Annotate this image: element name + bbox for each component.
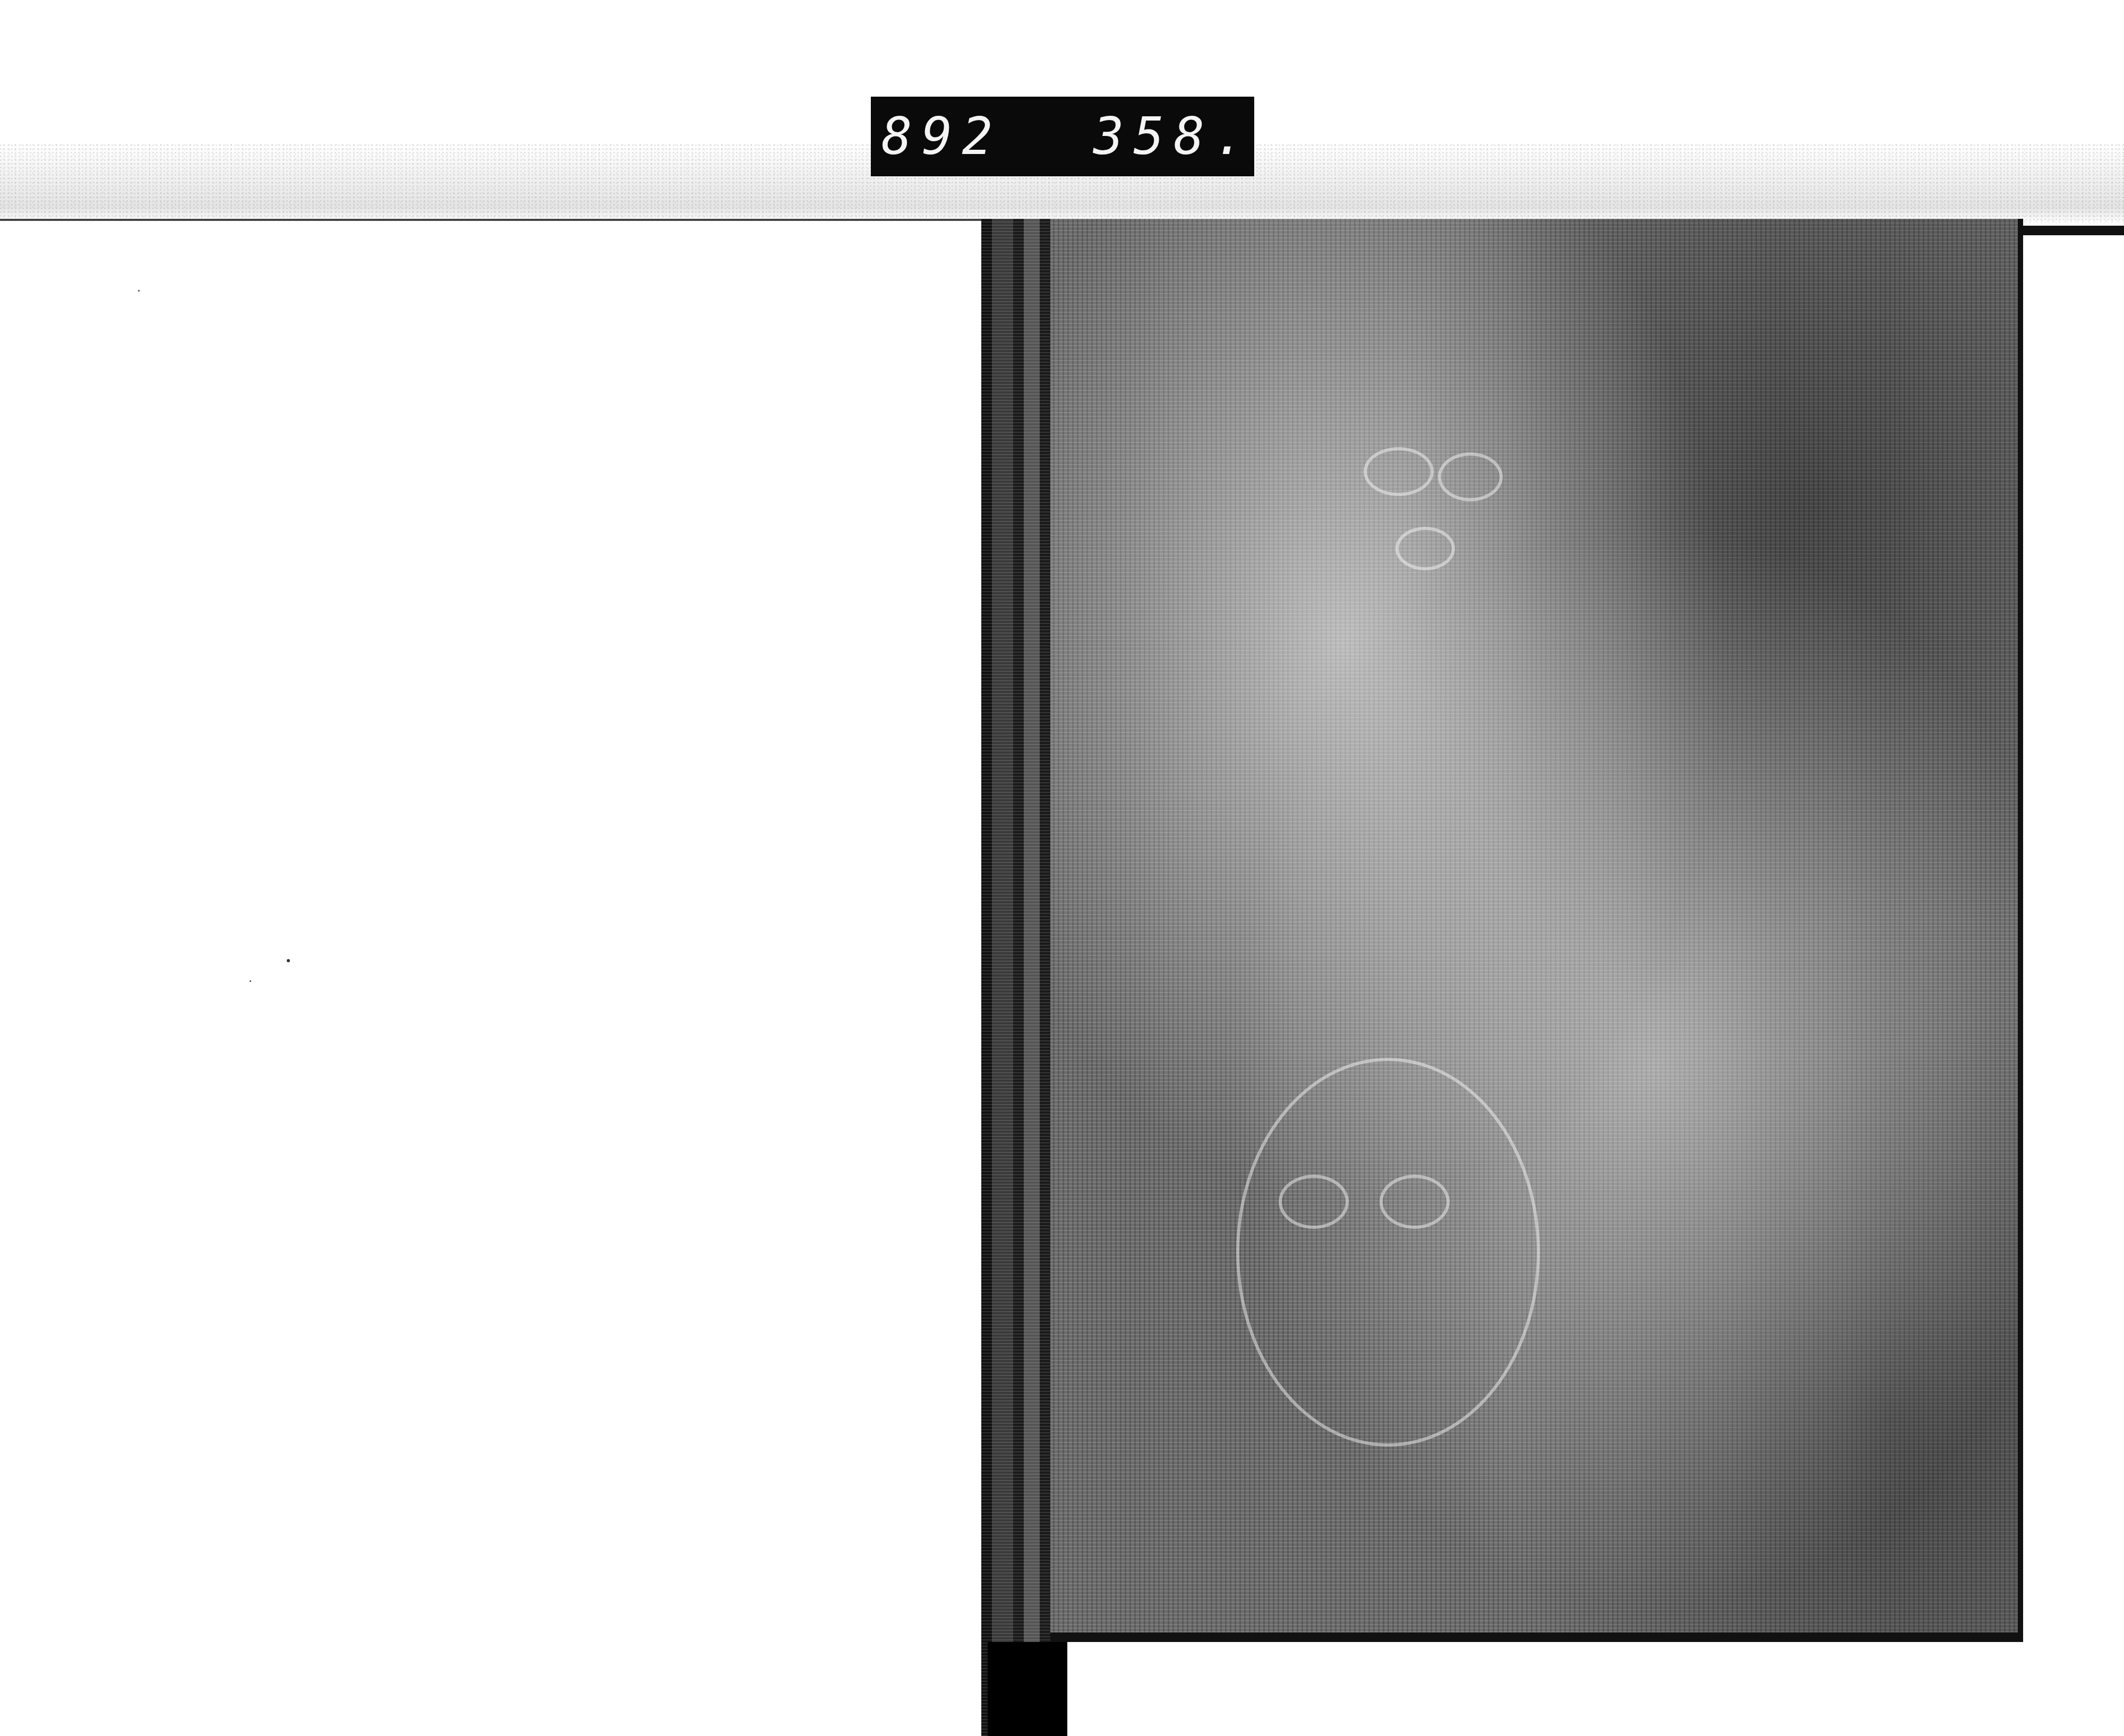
reel-number: 892 [881,107,1046,166]
book-cover [981,219,2023,1642]
right-page-edge [2023,226,2124,235]
blank-left-page [0,221,982,1736]
ornament-swirl-icon [1395,527,1455,570]
speck [250,980,251,982]
frame-number: 358. [1093,107,1254,166]
ornament-swirl-icon [1380,1175,1450,1229]
reel-frame-label: 892 358. [871,97,1254,176]
spine-foot-shadow [988,1642,1067,1736]
ornament-swirl-icon [1279,1175,1349,1229]
ornament-medallion-icon [1236,1058,1540,1447]
ornament-swirl-icon [1364,447,1434,496]
ornament-swirl-icon [1438,452,1503,501]
speck [287,959,290,962]
speck [138,290,140,292]
book-spine [981,219,1050,1736]
